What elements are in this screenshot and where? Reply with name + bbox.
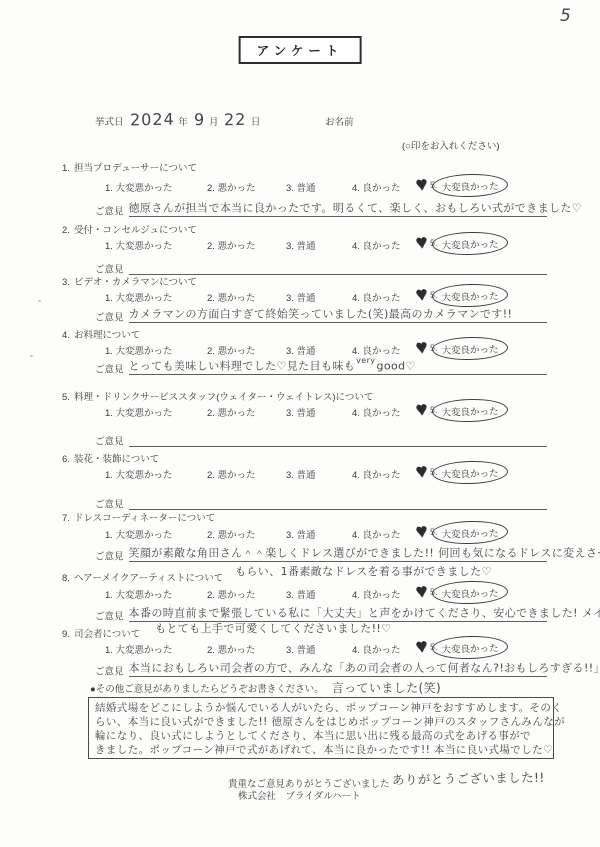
heart-scribble-icon: ♥ — [415, 580, 429, 603]
option-1-very-bad: 1. 大変悪かった — [105, 290, 173, 304]
comment-line: とっても美味しい料理でした♡見た目も味もverygood♡ — [129, 356, 547, 375]
date-year-value: 2024 — [129, 110, 174, 130]
handwritten-comment: カメラマンの方面白すぎて終始笑っていました(笑)最高のカメラマンです!! — [129, 307, 513, 320]
option-2-bad: 2. 悪かった — [207, 467, 256, 481]
heart-scribble-icon: ♥ — [415, 231, 429, 254]
option-3-normal: 3. 普通 — [286, 290, 316, 304]
option-2-bad: 2. 悪かった — [207, 587, 256, 601]
handwritten-comment: 本番の時直前まで緊張している私に「大丈夫」と声をかけてくださり、安心できました!… — [129, 606, 600, 619]
heart-scribble-icon: ♥ — [415, 173, 429, 196]
other-comments-prompt-row: ●その他ご意見がありましたらどうぞお書きください。言っていました(笑) — [90, 679, 441, 697]
comment-row: ご意見徳原さんが担当で本当に良かったです。明るくて、楽しく、おもしろい式ができま… — [95, 198, 555, 217]
option-3-normal: 3. 普通 — [286, 642, 316, 656]
option-1-very-bad: 1. 大変悪かった — [105, 405, 173, 419]
page-number: 5 — [560, 6, 571, 26]
comment-row: ご意見笑顔が素敵な角田さん＾＾楽しくドレス選びができました!! 何回も気になるド… — [95, 543, 555, 562]
date-label: 挙式日 — [95, 114, 124, 128]
option-3-normal: 3. 普通 — [286, 180, 316, 194]
heart-scribble-icon: ♥ — [415, 635, 429, 658]
comment-label: ご意見 — [95, 206, 124, 217]
other-comments-prompt: ●その他ご意見がありましたらどうぞお書きください。 — [90, 684, 324, 695]
option-5-label: 大変良かった — [441, 178, 498, 193]
comment-line — [129, 428, 547, 447]
question-block: 4.お料理について 1. 大変悪かった 2. 悪かった 3. 普通 4. 良かっ… — [0, 325, 600, 385]
form-title: アンケート — [239, 36, 362, 64]
selection-circle-mark: 大変良かった — [432, 173, 509, 198]
option-4-good: 4. 良かった — [352, 527, 401, 541]
handwritten-comment: 徳原さんが担当で本当に良かったです。明るくて、楽しく、おもしろい式ができました♡ — [129, 201, 583, 214]
option-5-label: 大変良かった — [441, 403, 498, 418]
comment-row: ご意見とっても美味しい料理でした♡見た目も味もverygood♡ — [95, 356, 555, 375]
handwritten-comment: 笑顔が素敵な角田さん＾＾楽しくドレス選びができました!! 何回も気になるドレスに… — [129, 546, 600, 559]
question-title: 担当プロデューサーについて — [74, 163, 197, 174]
selection-circle-mark: 大変良かった — [432, 231, 509, 256]
option-5-very-good-selected: 5. ♥ 大変良かった — [418, 399, 518, 425]
option-3-normal: 3. 普通 — [286, 343, 316, 357]
option-4-good: 4. 良かった — [352, 290, 401, 304]
comment-row: ご意見 — [95, 428, 555, 447]
heart-scribble-icon: ♥ — [415, 398, 429, 421]
option-1-very-bad: 1. 大変悪かった — [105, 343, 173, 357]
other-comments-line: きました。ポップコーン神戸で式があげれて、本当に良かったです!! 本当に良い式場… — [95, 743, 547, 757]
option-2-bad: 2. 悪かった — [207, 180, 256, 194]
comment-label: ご意見 — [95, 312, 124, 323]
other-comments-box: 結婚式場をどこにしようか悩んでいる人がいたら、ポップコーン神戸をおすすめします。… — [88, 697, 554, 759]
option-2-bad: 2. 悪かった — [207, 527, 256, 541]
option-4-good: 4. 良かった — [352, 405, 401, 419]
question-block: 2.受付・コンセルジュについて 1. 大変悪かった 2. 悪かった 3. 普通 … — [0, 220, 600, 280]
question-block: 3.ビデオ・カメラマンについて 1. 大変悪かった 2. 悪かった 3. 普通 … — [0, 272, 600, 332]
option-5-label: 大変良かった — [441, 288, 498, 303]
option-3-normal: 3. 普通 — [286, 238, 316, 252]
other-comments-line: 輪になり、良い式にしようとしてくださり、本当に思い出に残る最高の式をあげる事がで — [95, 729, 547, 743]
date-day-value: 22 — [224, 110, 247, 129]
day-unit: 日 — [251, 114, 261, 128]
option-2-bad: 2. 悪かった — [207, 238, 256, 252]
option-3-normal: 3. 普通 — [286, 587, 316, 601]
question-block: 5.料理・ドリンクサービススタッフ(ウェイター・ウェイトレス)について 1. 大… — [0, 387, 600, 447]
comment-label: ご意見 — [95, 364, 124, 375]
option-1-very-bad: 1. 大変悪かった — [105, 238, 173, 252]
option-3-normal: 3. 普通 — [286, 405, 316, 419]
option-5-label: 大変良かった — [441, 465, 498, 480]
q9-comment-continued: 言っていました(笑) — [332, 681, 441, 695]
option-1-very-bad: 1. 大変悪かった — [105, 587, 173, 601]
handwritten-comment: 本当におもしろい司会者の方で、みんな「あの司会者の人って何者なん?!おもしろすぎ… — [129, 661, 600, 674]
comment-label: ご意見 — [95, 611, 124, 622]
circle-instruction-note: (○印をお入れください) — [402, 138, 500, 152]
q7-comment-continued: もらい、1番素敵なドレスを着る事ができました♡ — [235, 563, 492, 579]
selection-circle-mark: 大変良かった — [432, 635, 509, 660]
comment-row: ご意見カメラマンの方面白すぎて終始笑っていました(笑)最高のカメラマンです!! — [95, 304, 555, 323]
heart-scribble-icon: ♥ — [415, 520, 429, 543]
option-1-very-bad: 1. 大変悪かった — [105, 527, 173, 541]
rating-options-row: 1. 大変悪かった 2. 悪かった 3. 普通 4. 良かった 5. ♥ 大変良… — [0, 401, 600, 427]
option-2-bad: 2. 悪かった — [207, 405, 256, 419]
heart-scribble-icon: ♥ — [415, 460, 429, 483]
other-comments-line: 結婚式場をどこにしようか悩んでいる人がいたら、ポップコーン神戸をおすすめします。… — [95, 701, 547, 715]
option-5-label: 大変良かった — [441, 236, 498, 251]
footer-company: 株式会社 ブライダルハート — [238, 788, 361, 802]
comment-label: ご意見 — [95, 666, 124, 677]
comment-line: 笑顔が素敵な角田さん＾＾楽しくドレス選びができました!! 何回も気になるドレスに… — [129, 543, 547, 562]
comment-line: カメラマンの方面白すぎて終始笑っていました(笑)最高のカメラマンです!! — [129, 304, 547, 323]
selection-circle-mark: 大変良かった — [432, 520, 509, 545]
scan-speck — [30, 355, 33, 357]
option-5-label: 大変良かった — [441, 640, 498, 655]
wedding-date-row: 挙式日 2024 年 9 月 22 日 — [95, 110, 260, 129]
year-unit: 年 — [178, 114, 188, 128]
option-2-bad: 2. 悪かった — [207, 343, 256, 357]
option-5-very-good-selected: 5. ♥ 大変良かった — [418, 232, 518, 258]
option-4-good: 4. 良かった — [352, 343, 401, 357]
option-5-label: 大変良かった — [441, 525, 498, 540]
option-1-very-bad: 1. 大変悪かった — [105, 642, 173, 656]
option-5-very-good-selected: 5. ♥ 大変良かった — [418, 174, 518, 200]
handwritten-comment-superscript: very — [356, 356, 375, 365]
question-block: 7.ドレスコーディネーターについて 1. 大変悪かった 2. 悪かった 3. 普… — [0, 508, 600, 568]
handwritten-comment-tail: good♡ — [376, 359, 415, 372]
date-month-value: 9 — [194, 110, 206, 129]
question-number: 1. — [62, 163, 70, 174]
option-3-normal: 3. 普通 — [286, 527, 316, 541]
name-label: お名前 — [325, 114, 354, 128]
option-4-good: 4. 良かった — [352, 180, 401, 194]
comment-row: ご意見本当におもしろい司会者の方で、みんな「あの司会者の人って何者なん?!おもし… — [95, 658, 555, 677]
scan-speck — [38, 300, 41, 302]
option-4-good: 4. 良かった — [352, 642, 401, 656]
option-3-normal: 3. 普通 — [286, 467, 316, 481]
footer-handwritten-thanks: ありがとうございました!! — [392, 768, 545, 789]
survey-sheet: 5 アンケート 挙式日 2024 年 9 月 22 日 お名前 (○印をお入れく… — [0, 0, 600, 847]
comment-label: ご意見 — [95, 551, 124, 562]
rating-options-row: 1. 大変悪かった 2. 悪かった 3. 普通 4. 良かった 5. ♥ 大変良… — [0, 463, 600, 489]
option-4-good: 4. 良かった — [352, 467, 401, 481]
selection-circle-mark: 大変良かった — [432, 398, 509, 423]
option-2-bad: 2. 悪かった — [207, 290, 256, 304]
option-1-very-bad: 1. 大変悪かった — [105, 467, 173, 481]
handwritten-comment: とっても美味しい料理でした♡見た目も味も — [129, 359, 356, 372]
q8-comment-continued: もとても上手で可愛くしてくださいました!!♡ — [155, 620, 391, 636]
other-comments-line: らい、本当に良い式ができました!! 徳原さんをはじめポップコーン神戸のスタッフさ… — [95, 715, 547, 729]
option-5-label: 大変良かった — [441, 341, 498, 356]
option-1-very-bad: 1. 大変悪かった — [105, 180, 173, 194]
month-unit: 月 — [209, 114, 219, 128]
question-block: 1.担当プロデューサーについて 1. 大変悪かった 2. 悪かった 3. 普通 … — [0, 158, 600, 218]
comment-label: ご意見 — [95, 436, 124, 447]
option-5-label: 大変良かった — [441, 585, 498, 600]
comment-line: 本当におもしろい司会者の方で、みんな「あの司会者の人って何者なん?!おもしろすぎ… — [129, 658, 547, 677]
form-title-text: アンケート — [257, 44, 344, 58]
option-5-very-good-selected: 5. ♥ 大変良かった — [418, 461, 518, 487]
selection-circle-mark: 大変良かった — [432, 460, 509, 485]
option-4-good: 4. 良かった — [352, 238, 401, 252]
option-4-good: 4. 良かった — [352, 587, 401, 601]
option-2-bad: 2. 悪かった — [207, 642, 256, 656]
selection-circle-mark: 大変良かった — [432, 580, 509, 605]
question-block: 6.装花・装飾について 1. 大変悪かった 2. 悪かった 3. 普通 4. 良… — [0, 449, 600, 509]
question-header: 1.担当プロデューサーについて — [62, 158, 197, 176]
comment-line: 徳原さんが担当で本当に良かったです。明るくて、楽しく、おもしろい式ができました♡ — [129, 198, 547, 217]
